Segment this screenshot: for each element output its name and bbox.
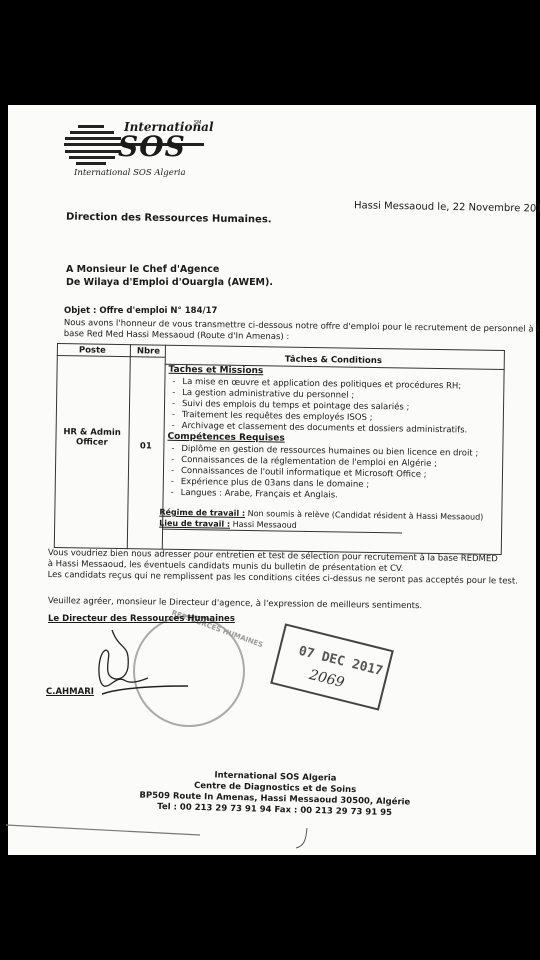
page-edge-marks xyxy=(0,820,540,855)
signatory-name: C.AHMARI xyxy=(46,687,94,697)
skills-title: Compétences Requises xyxy=(167,432,284,444)
lieu-value: Hassi Messaoud xyxy=(230,520,297,530)
signature-underline-icon xyxy=(100,682,190,698)
trademark: SM xyxy=(194,120,202,126)
poste-line-2: Officer xyxy=(55,437,128,448)
brand-main: SOS xyxy=(118,130,186,163)
international-sos-logo: International SM SOS International SOS A… xyxy=(64,120,204,182)
job-offer-table: Poste Nbre Tâches & Conditions HR & Admi… xyxy=(54,343,505,555)
header-taches: Tâches & Conditions xyxy=(285,355,382,367)
recipient-line-1: A Monsieur le Chef d'Agence xyxy=(66,263,273,276)
header-nbre: Nbre xyxy=(137,346,160,356)
brand-subtitle: International SOS Algeria xyxy=(74,168,186,178)
header-poste: Poste xyxy=(79,345,106,355)
stamp-number: 2069 xyxy=(308,667,346,691)
footer-address: International SOS Algeria Centre de Diag… xyxy=(119,768,430,820)
regime-label: Régime de travail : xyxy=(159,508,245,518)
globe-stripes-icon xyxy=(64,125,122,169)
nbre-cell: 01 xyxy=(128,441,163,452)
recipient-line-2: De Wilaya d'Emploi d'Ouargla (AWEM). xyxy=(66,276,273,289)
subject-line: Objet : Offre d'emploi N° 184/17 xyxy=(64,306,217,316)
recipient-block: A Monsieur le Chef d'Agence De Wilaya d'… xyxy=(66,263,273,289)
tasks-title: Taches et Missions xyxy=(169,365,264,376)
lieu-label: Lieu de travail : xyxy=(159,519,230,529)
body-paragraph: Vous voudriez bien nous adresser pour en… xyxy=(48,548,519,588)
poste-cell: HR & Admin Officer xyxy=(55,427,128,448)
poste-line-1: HR & Admin xyxy=(56,427,129,438)
